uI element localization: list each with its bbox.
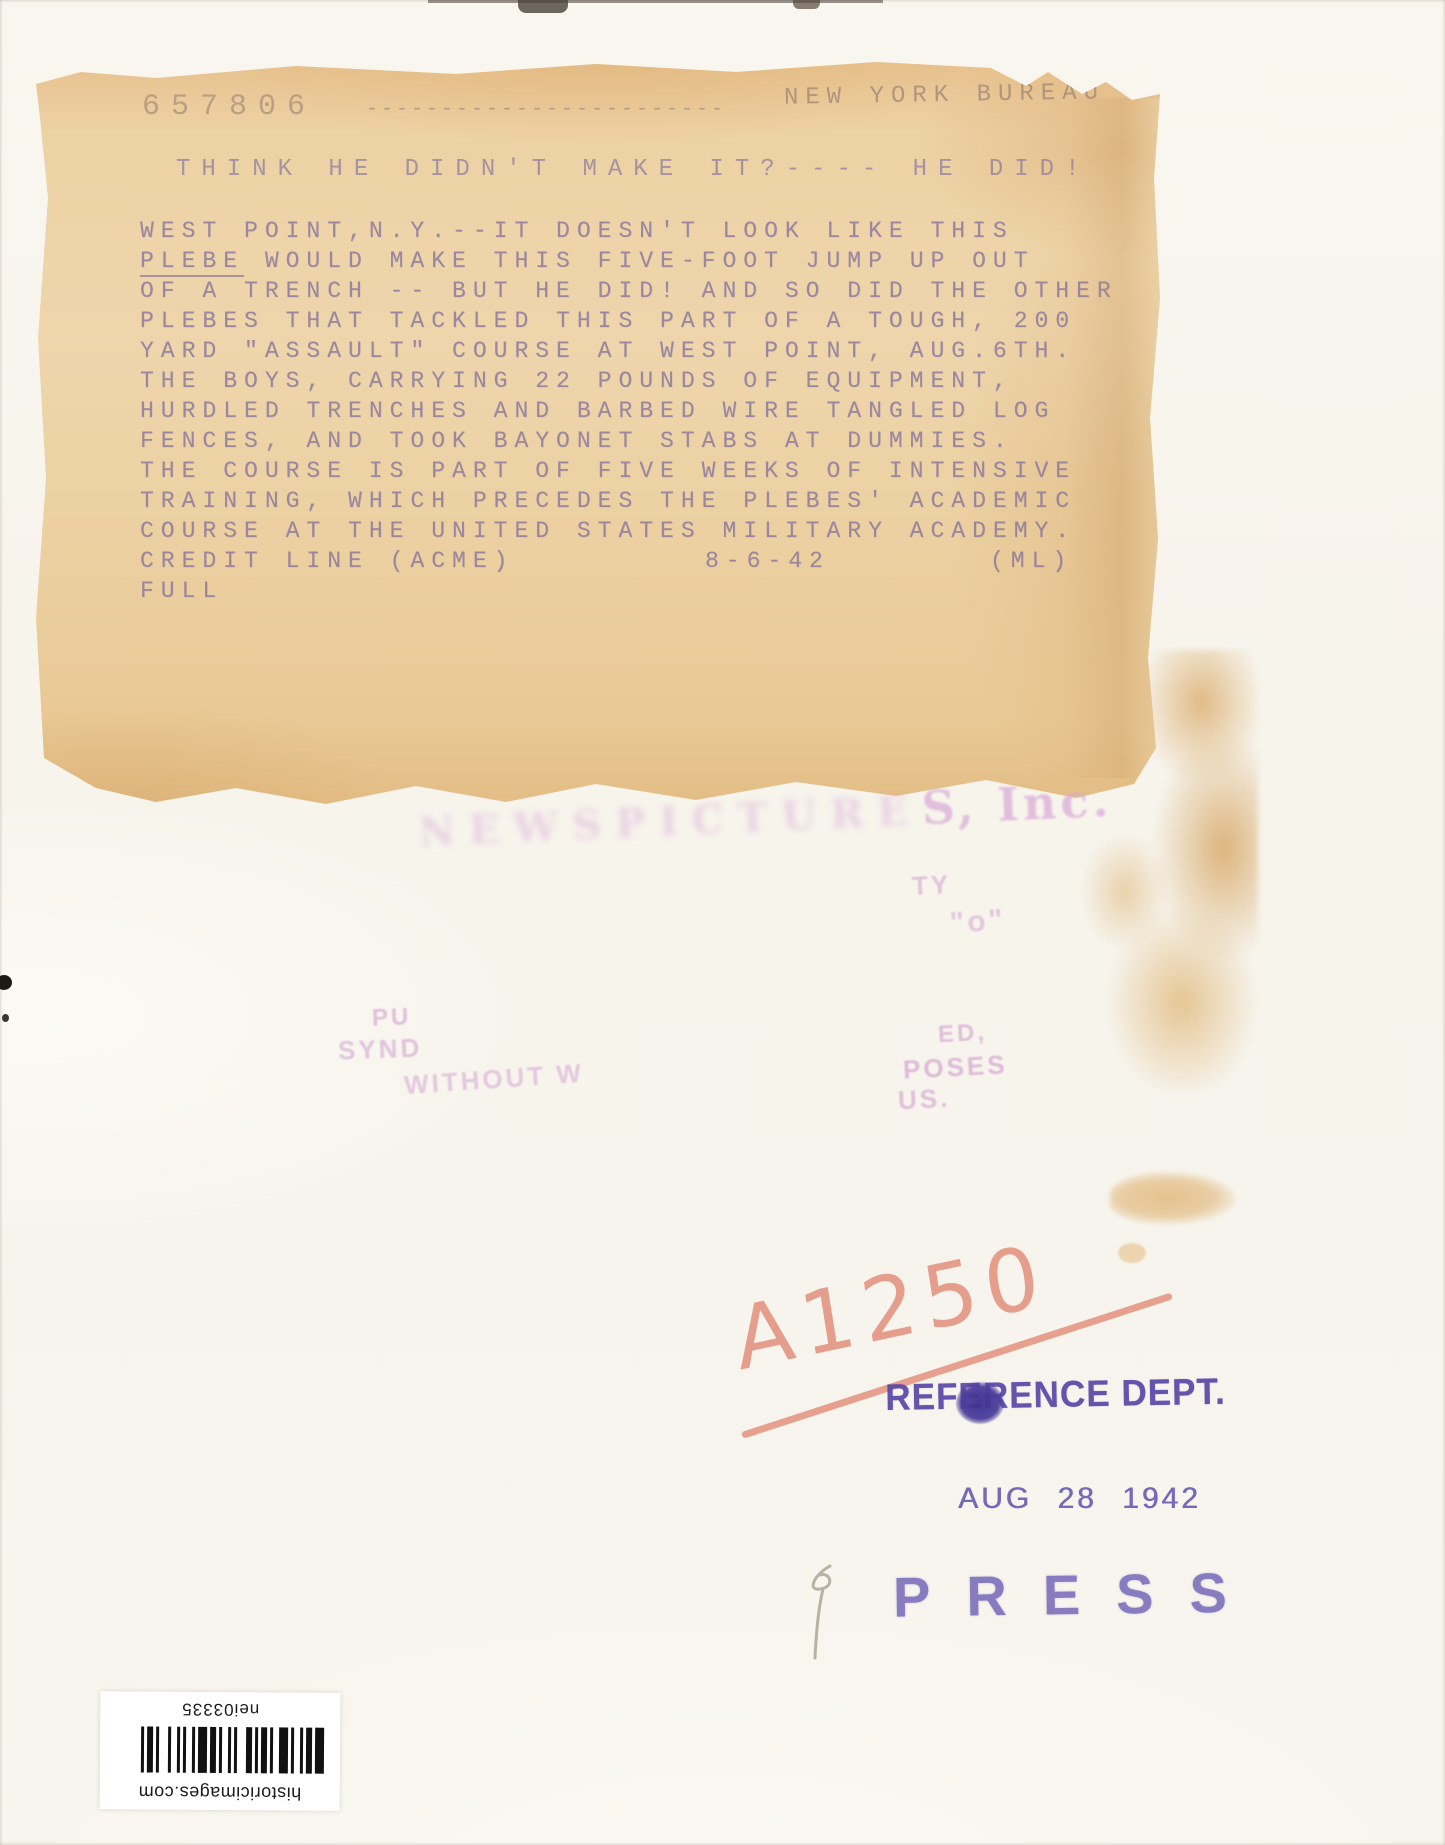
agency-stamp-fragment: TY [911, 869, 952, 902]
credit-date: 8-6-42 [705, 546, 990, 576]
caption-body-line: FENCES, AND TOOK BAYONET STABS AT DUMMIE… [140, 426, 1118, 456]
agency-stamp-fragment: PU [372, 1003, 412, 1032]
archive-website-label: historicimages.com [138, 1781, 301, 1803]
underlined-word: PLEBE [140, 248, 244, 277]
agency-stamp-fragment: WITHOUT W [403, 1058, 585, 1101]
agency-stamp-fragment: US. [897, 1083, 951, 1117]
credit-line: CREDIT LINE (ACME) [140, 546, 705, 576]
size-note: FULL [140, 576, 1118, 606]
caption-body-line: THE BOYS, CARRYING 22 POUNDS OF EQUIPMEN… [140, 366, 1118, 396]
caption-body-line: WEST POINT,N.Y.--IT DOESN'T LOOK LIKE TH… [140, 216, 1118, 246]
caption-body: WEST POINT,N.Y.--IT DOESN'T LOOK LIKE TH… [140, 216, 1118, 606]
agency-stamp-fragment: SYND [337, 1033, 422, 1067]
agency-stamp-fragment: POSES [902, 1049, 1008, 1085]
caption-headline: THINK HE DIDN'T MAKE IT?---- HE DID! [176, 156, 1090, 183]
agency-stamp-fragment: "o" [949, 903, 1007, 941]
ink-blot [956, 1382, 1004, 1424]
archive-item-id: nei03335 [181, 1699, 259, 1720]
reference-dept-stamp: REFERENCE DEPT. [885, 1371, 1226, 1419]
caption-body-line: PLEBES THAT TACKLED THIS PART OF A TOUGH… [140, 306, 1118, 336]
date-stamp: AUG 28 1942 [958, 1482, 1201, 1516]
credit-initials: (ML) [990, 546, 1118, 576]
press-stamp: PRESS [893, 1559, 1264, 1629]
bureau-label: NEW YORK BUREAU [784, 79, 1105, 112]
barcode-sticker: historicimages.com nei03335 [100, 1691, 341, 1811]
barcode-sticker-content: historicimages.com nei03335 [100, 1691, 341, 1811]
caption-body-line: TRAINING, WHICH PRECEDES THE PLEBES' ACA… [140, 486, 1118, 516]
separator-dashes: ------------------------ [366, 98, 786, 121]
credit-line-row: CREDIT LINE (ACME) 8-6-42 (ML) [140, 546, 1118, 576]
caption-body-line: OF A TRENCH -- BUT HE DID! AND SO DID TH… [140, 276, 1118, 306]
stain-small [1118, 1243, 1146, 1263]
caption-body-line: COURSE AT THE UNITED STATES MILITARY ACA… [140, 516, 1118, 546]
caption-body-line: THE COURSE IS PART OF FIVE WEEKS OF INTE… [140, 456, 1118, 486]
stain-small [1110, 1172, 1235, 1224]
coffee-stain-large [1068, 650, 1258, 1090]
left-edge-ink-spot [0, 975, 12, 990]
barcode [116, 1727, 324, 1774]
top-edge-smudge [793, 0, 820, 9]
caption-slip: 657806 ------------------------ NEW YORK… [36, 58, 1160, 806]
left-edge-ink-spot [2, 1014, 9, 1022]
caption-body-line: PLEBE WOULD MAKE THIS FIVE-FOOT JUMP UP … [140, 246, 1118, 276]
caption-body-line: YARD "ASSAULT" COURSE AT WEST POINT, AUG… [140, 336, 1118, 366]
handwritten-reference-number: A1250 [728, 1226, 1054, 1391]
pencil-mark [798, 1558, 844, 1666]
photo-id-number: 657806 [142, 90, 316, 124]
caption-body-line: HURDLED TRENCHES AND BARBED WIRE TANGLED… [140, 396, 1118, 426]
agency-stamp-fragment: ED, [937, 1019, 987, 1050]
press-photo-back: 657806 ------------------------ NEW YORK… [0, 0, 1445, 1845]
top-edge-smudge [518, 0, 568, 13]
